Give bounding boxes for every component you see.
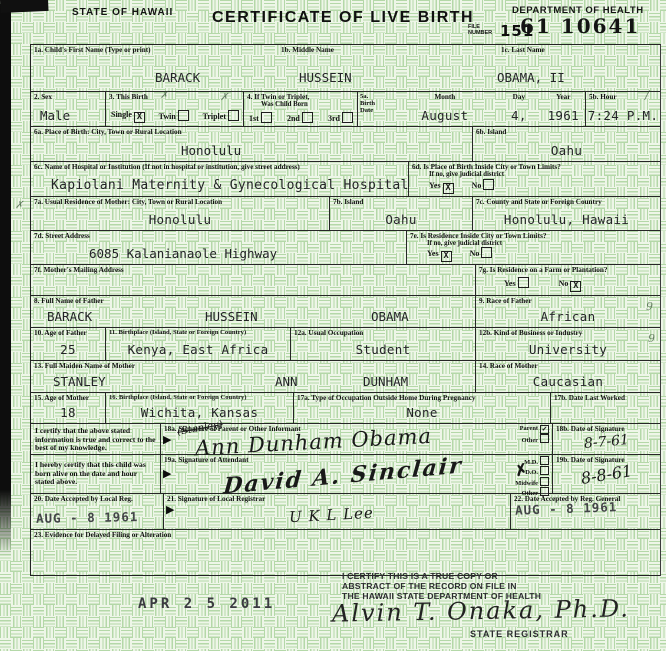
row-attendant-signature: I hereby certify that this child was bor… [31, 455, 660, 494]
certificate-title: CERTIFICATE OF LIVE BIRTH [212, 9, 474, 27]
cell-island-6b: 6b. Island Oahu [473, 127, 660, 161]
number-word: NUMBER [468, 30, 492, 36]
cell-local-registrar-signature: 21. Signature of Local Registrar ▶ U K L… [164, 494, 511, 529]
parent-checkbox: ✔ [540, 425, 549, 434]
county-label: County and State or Foreign Country [486, 198, 601, 206]
cell-county: 7c. County and State or Foreign Country … [473, 197, 660, 230]
arrow-icon: ▶ [163, 469, 171, 479]
arrow-icon: ▶ [163, 435, 171, 445]
father-occupation-label: Usual Occupation [308, 329, 363, 337]
date-accepted-local-label: Date Accepted by Local Reg. [45, 495, 133, 503]
cell-attendant-signature-date: 19b. Date of Signature 8-8-61 [553, 455, 660, 493]
midwife-checkbox [540, 477, 549, 486]
sex-value: Male [40, 108, 70, 123]
certification-line-1: I CERTIFY THIS IS A TRUE COPY OR [342, 571, 498, 581]
binding-strip [0, 4, 11, 556]
island-value-7b: Oahu [330, 212, 472, 227]
other-informant-checkbox [540, 434, 549, 443]
hour-value: 7:24 P.M. [586, 108, 660, 123]
this-birth-label: This Birth [116, 93, 148, 101]
residence-label: Usual Residence of Mother: City, Town or… [45, 198, 222, 206]
attendant-signature-label: Signature of Attendant [178, 456, 248, 464]
mother-birthplace-label: Birthplace (Island, State or Foreign Cou… [119, 394, 247, 401]
mother-race-value: Caucasian [476, 374, 660, 389]
row-registrar: 20. Date Accepted by Local Reg. AUG - 8 … [31, 494, 660, 530]
row-place-of-birth: 6a. Place of Birth: City, Town or Rural … [31, 127, 660, 162]
pen-mark: 9 [646, 300, 653, 313]
no-checkbox-6d [483, 179, 494, 190]
certification-line-2: ABSTRACT OF THE RECORD ON FILE IN [342, 581, 517, 591]
local-registrar-label: Signature of Local Registrar [178, 495, 266, 503]
first-born-checkbox [261, 112, 272, 123]
third-born-checkbox [342, 112, 353, 123]
birth-day-value: 4, [496, 108, 541, 123]
triplet-checkbox [228, 110, 239, 121]
file-number-label: FILE NUMBER [468, 24, 492, 36]
cell-mother-age: 15. Age of Mother 18 [31, 393, 106, 423]
cell-date-accepted-local: 20. Date Accepted by Local Reg. AUG - 8 … [31, 494, 164, 529]
cell-residence: 7a. Usual Residence of Mother: City, Tow… [31, 197, 330, 230]
md-checkbox [540, 456, 549, 465]
island-value-6b: Oahu [473, 143, 660, 158]
no-checkbox-7e [481, 247, 492, 258]
pen-mark: ✗ [160, 90, 168, 101]
island-label-6b: Island [487, 128, 506, 136]
mother-age-label: Age of Mother [44, 394, 89, 402]
cell-father-age: 10. Age of Father 25 [31, 328, 106, 360]
father-age-label: Age of Father [44, 329, 86, 337]
father-race-value: African [476, 309, 660, 324]
cell-place-of-birth: 6a. Place of Birth: City, Town or Rural … [31, 127, 473, 161]
first-name-value: BARACK [155, 70, 200, 85]
cell-parent-signature-date: 18b. Date of Signature 8-7-61 [553, 424, 660, 454]
parent-signature-date-label: Date of Signature [571, 425, 625, 433]
cell-attendant-signature: 19a. Signature of Attendant ▶ David A. S… [161, 455, 553, 493]
yesno-6d: YesX No [429, 179, 494, 194]
cell-street-address: 7d. Street Address 6085 Kalanianaole Hig… [31, 231, 407, 264]
last-name-value: OBAMA, II [497, 70, 565, 85]
twin-option: Twin [159, 110, 189, 123]
row-street-address: 7d. Street Address 6085 Kalanianaole Hig… [31, 231, 660, 265]
mother-occupation-label: Type of Occupation Outside Home During P… [311, 394, 475, 402]
cell-farm-question: 7g. Is Residence on a Farm or Plantation… [476, 265, 660, 295]
date-accepted-general-stamp: AUG - 8 1961 [515, 499, 618, 518]
certificate-serial-number: 61 10641 [520, 14, 640, 38]
single-option: SingleX [111, 110, 145, 123]
single-checkbox: X [134, 112, 145, 123]
cell-date-last-worked: 17b. Date Last Worked [551, 393, 660, 423]
hospital-label: Name of Hospital or Institution (If not … [44, 163, 299, 171]
row-parent-signature: I certify that the above stated informat… [31, 424, 660, 455]
cell-mother-race: 14. Race of Mother Caucasian [476, 361, 660, 392]
cell-twin-order: 4. If Twin or Triplet, Was Child Born 1s… [244, 92, 358, 126]
father-industry-value: University [476, 342, 660, 357]
middle-name-value: HUSSEIN [299, 70, 352, 85]
year-label: Year [542, 93, 585, 101]
father-race-label: Race of Father [486, 297, 532, 305]
row-delayed-filing: 23. Evidence for Delayed Filing or Alter… [31, 530, 660, 576]
father-occupation-value: Student [291, 342, 475, 357]
row-residence: 7a. Usual Residence of Mother: City, Tow… [31, 197, 660, 231]
cell-certify-statement-1: I certify that the above stated informat… [31, 424, 161, 454]
parent-signature-date: 8-7-61 [553, 429, 661, 454]
mother-occupation-value: None [294, 405, 550, 420]
sex-label: Sex [41, 93, 52, 101]
hour-label: Hour [600, 93, 616, 101]
day-label: Day [496, 93, 541, 101]
judicial-district-note-7e: If no, give judicial district [427, 240, 502, 247]
second-born-option: 2nd [287, 112, 313, 123]
pen-mark: / [645, 88, 649, 102]
corner-mark [0, 0, 49, 13]
mother-maiden-name: DUNHAM [363, 374, 408, 389]
birth-certificate-document: STATE OF HAWAII CERTIFICATE OF LIVE BIRT… [0, 0, 666, 651]
mother-first-name: STANLEY [53, 374, 106, 389]
father-first-name: BARACK [47, 309, 92, 324]
father-middle-name: HUSSEIN [205, 309, 258, 324]
birth-year-value: 1961 [542, 108, 585, 123]
father-birthplace-value: Kenya, East Africa [106, 342, 290, 357]
pen-mark: 9 [648, 332, 655, 345]
state-registrar-signature: Alvin T. Onaka, Ph.D. [332, 594, 630, 627]
first-name-label: Child's First Name (Type or print) [45, 46, 151, 54]
twin-question-label-2: Was Child Born [261, 101, 308, 108]
farm-question-label: Is Residence on a Farm or Plantation? [490, 266, 608, 274]
father-age-value: 25 [31, 342, 105, 357]
row-mother-name: 13. Full Maiden Name of Mother STANLEY A… [31, 361, 660, 393]
residence-limits-question: Is Residence Inside City or Town Limits? [420, 232, 546, 240]
row-father-details: 10. Age of Father 25 11. Birthplace (Isl… [31, 328, 660, 361]
father-last-name: OBAMA [371, 309, 409, 324]
last-name-label: Last Name [511, 46, 544, 54]
state-registrar-title: STATE REGISTRAR [470, 629, 569, 639]
cell-mother-name: 13. Full Maiden Name of Mother STANLEY A… [31, 361, 476, 392]
mother-birthplace-value: Wichita, Kansas [106, 405, 293, 420]
twin-checkbox [178, 110, 189, 121]
date-accepted-local-stamp: AUG - 8 1961 [36, 509, 139, 526]
cell-island-7b: 7b. Island Oahu [330, 197, 473, 230]
yes-checkbox-7g [518, 277, 529, 288]
father-birthplace-label: Birthplace (Island, State or Foreign Cou… [119, 329, 247, 336]
birth-date-label: 5a.BirthDate [358, 92, 394, 126]
cell-birth-date: 5a.BirthDate Month August Day 4, Year 19… [358, 92, 586, 126]
judicial-district-note-6d: If no, give judicial district [429, 171, 504, 178]
cell-father-name: 8. Full Name of Father BARACK HUSSEIN OB… [31, 296, 476, 327]
pen-mark: ✗ [220, 92, 228, 103]
street-address-label: Street Address [45, 232, 90, 240]
arrow-icon: ▶ [166, 505, 174, 515]
attendant-type-checkboxes: M.D. D.O. Midwife Other [515, 456, 549, 498]
cell-delayed-filing: 23. Evidence for Delayed Filing or Alter… [31, 530, 660, 575]
birth-month-value: August [394, 108, 497, 123]
hospital-value: Kapiolani Maternity & Gynecological Hosp… [31, 178, 408, 193]
residence-value: Honolulu [31, 212, 329, 227]
cell-residence-limits-7e: 7e. Is Residence Inside City or Town Lim… [407, 231, 660, 264]
row-mother-details: 15. Age of Mother 18 16. Birthplace (Isl… [31, 393, 660, 424]
cell-parent-signature: 18a. Signature of Parent or Other Inform… [161, 424, 553, 454]
month-label: Month [394, 93, 497, 101]
street-address-value: 6085 Kalanianaole Highway [89, 246, 277, 261]
first-born-option: 1st [249, 112, 272, 123]
cell-father-birthplace: 11. Birthplace (Island, State or Foreign… [106, 328, 291, 360]
triplet-option: Triplet [203, 110, 239, 123]
cell-date-accepted-general: 22. Date Accepted by Reg. General AUG - … [511, 494, 660, 529]
form-table: 1a. Child's First Name (Type or print) 1… [30, 44, 661, 576]
local-registrar-signature: U K L Lee [289, 504, 375, 526]
father-industry-label: Kind of Business or Industry [494, 329, 583, 337]
cell-child-name: 1a. Child's First Name (Type or print) 1… [31, 45, 660, 91]
city-limits-question-6d: Is Place of Birth Inside City or Town Li… [423, 163, 561, 171]
county-value: Honolulu, Hawaii [473, 212, 660, 227]
row-mailing-address: 7f. Mother's Mailing Address 7g. Is Resi… [31, 265, 660, 296]
place-of-birth-label: Place of Birth: City, Town or Rural Loca… [45, 128, 182, 136]
cell-mother-birthplace: 16. Birthplace (Island, State or Foreign… [106, 393, 294, 423]
mother-age-value: 18 [31, 405, 105, 420]
third-born-option: 3rd [328, 112, 353, 123]
yesno-7e: YesX No [427, 247, 492, 262]
cell-father-race: 9. Race of Father African [476, 296, 660, 327]
do-checkbox [540, 466, 549, 475]
row-hospital: 6c. Name of Hospital or Institution (If … [31, 162, 660, 197]
date-last-worked-label: Date Last Worked [569, 394, 625, 402]
cell-mother-occupation: 17a. Type of Occupation Outside Home Dur… [294, 393, 551, 423]
certify-statement-1: I certify that the above stated informat… [31, 424, 160, 453]
mailing-address-label: Mother's Mailing Address [44, 266, 124, 274]
mother-name-label: Full Maiden Name of Mother [45, 362, 135, 370]
cell-father-occupation: 12a. Usual Occupation Student [291, 328, 476, 360]
cell-certify-statement-2: I hereby certify that this child was bor… [31, 455, 161, 493]
second-born-checkbox [302, 112, 313, 123]
mother-middle-name: ANN [275, 374, 298, 389]
middle-name-label: Middle Name [292, 46, 334, 54]
cell-sex: 2. Sex Male [31, 92, 106, 126]
delayed-filing-label: Evidence for Delayed Filing or Alteratio… [45, 531, 172, 539]
certify-statement-2: I hereby certify that this child was bor… [31, 455, 160, 487]
cell-mailing-address: 7f. Mother's Mailing Address [31, 265, 476, 295]
date-stamp-2011: APR 2 5 2011 [138, 596, 275, 612]
twin-question-label: If Twin or Triplet, [254, 93, 309, 101]
attendant-signature: David A. Sinclair [222, 452, 463, 499]
row-child-name: 1a. Child's First Name (Type or print) 1… [31, 45, 660, 92]
row-birth-details: 2. Sex Male 3. This Birth SingleX Twin T… [31, 92, 660, 127]
mother-race-label: Race of Mother [490, 362, 538, 370]
state-label: STATE OF HAWAII [72, 7, 173, 18]
informant-type-checkboxes: Parent✔ Other [520, 425, 549, 444]
cell-city-limits-6d: 6d. Is Place of Birth Inside City or Tow… [409, 162, 660, 196]
place-of-birth-value: Honolulu [181, 143, 241, 158]
pen-mark: ✗ [15, 200, 23, 211]
cell-father-industry: 12b. Kind of Business or Industry Univer… [476, 328, 660, 360]
cell-hospital: 6c. Name of Hospital or Institution (If … [31, 162, 409, 196]
yesno-7g: Yes NoX [504, 277, 581, 292]
no-checkbox-7g: X [570, 281, 581, 292]
island-label-7b: Island [344, 198, 363, 206]
row-father-name: 8. Full Name of Father BARACK HUSSEIN OB… [31, 296, 660, 328]
yes-checkbox-6d: X [443, 183, 454, 194]
father-name-label: Full Name of Father [41, 297, 103, 305]
yes-checkbox-7e: X [441, 251, 452, 262]
